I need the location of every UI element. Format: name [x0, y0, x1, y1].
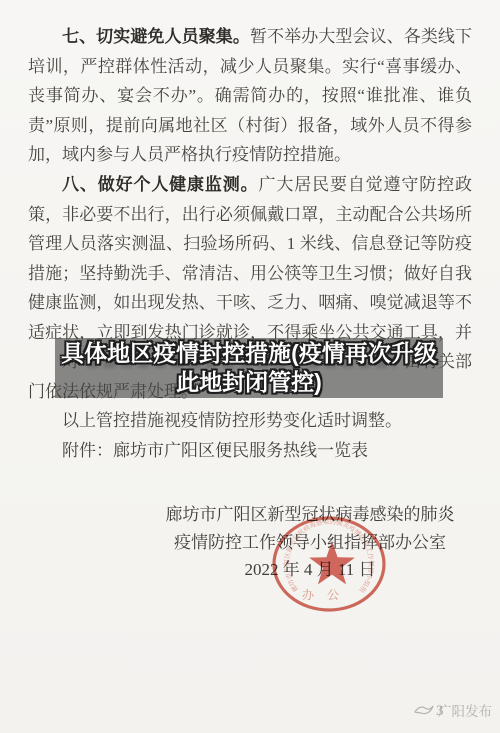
caption-title-line-2: 此地封闭管控): [176, 368, 322, 397]
closing-line: 以上管控措施视疫情防控形势变化适时调整。: [28, 406, 472, 436]
scanned-notice-page: 七、切实避免人员聚集。暂不举办大型会议、各类线下培训，严控群体性活动，减少人员聚…: [0, 0, 500, 733]
document-body: 七、切实避免人员聚集。暂不举办大型会议、各类线下培训，严控群体性活动，减少人员聚…: [28, 22, 472, 465]
seal-bottom-text: 办 公: [302, 587, 344, 602]
official-red-seal: 廊坊市广阳区新型冠状病毒感染的肺炎疫情防控工作领导小组指挥部 办 公: [268, 512, 390, 616]
attachment-line: 附件：廊坊市广阳区便民服务热线一览表: [28, 436, 472, 466]
paragraph-8-heading: 八、做好个人健康监测。: [62, 175, 259, 194]
caption-overlay-band: 具体地区疫情封控措施(疫情再次升级 此地封闭管控): [55, 338, 443, 398]
caption-title-line-1: 具体地区疫情封控措施(疫情再次升级: [61, 339, 437, 368]
paragraph-health-monitoring: 八、做好个人健康监测。广大居民要自觉遵守防控政策，非必要不出行，出行必须佩戴口罩…: [28, 170, 472, 347]
paragraph-7-text: 暂不举办大型会议、各类线下培训，严控群体性活动，减少人员聚集。实行“喜事缓办、丧…: [28, 27, 472, 164]
paragraph-avoid-gathering: 七、切实避免人员聚集。暂不举办大型会议、各类线下培训，严控群体性活动，减少人员聚…: [28, 22, 472, 170]
paragraph-8-text: 广大居民要自觉遵守防控政策，非必要不出行，出行必须佩戴口罩，主动配合公共场所管理…: [28, 175, 472, 347]
watermark-text: 广阳发布: [438, 700, 492, 720]
watermark: 广阳发布: [413, 700, 492, 720]
seal-star-icon: [309, 541, 355, 584]
watermark-bird-logo-icon: [413, 703, 435, 717]
paragraph-7-heading: 七、切实避免人员聚集。: [62, 27, 250, 46]
